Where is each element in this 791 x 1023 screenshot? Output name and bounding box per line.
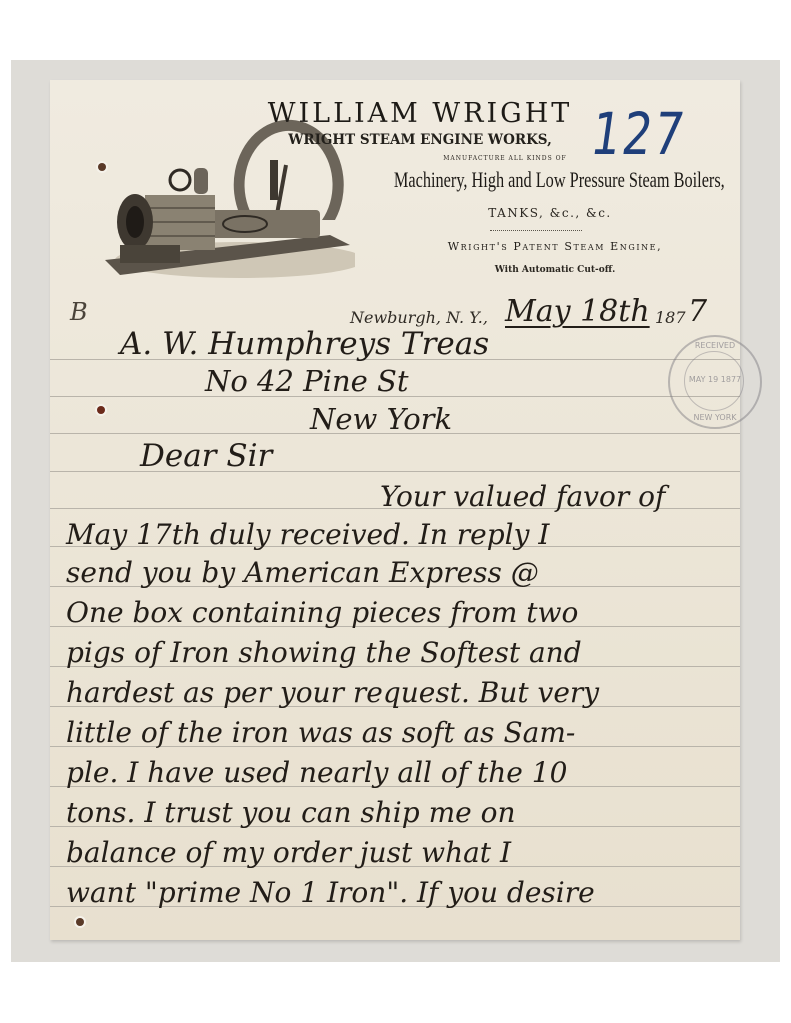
- dateline-year-prefix: 187: [655, 308, 686, 327]
- body-line: ple. I have used nearly all of the 10: [66, 756, 567, 789]
- letterhead-cutoff: With Automatic Cut-off.: [445, 265, 665, 275]
- letterhead-patent: Wright's Patent Steam Engine,: [395, 240, 715, 253]
- stamp-bottom-text: NEW YORK: [670, 413, 760, 422]
- margin-mark: B: [70, 298, 88, 326]
- body-line: Your valued favor of: [380, 480, 665, 513]
- stamp-date: MAY 19 1877: [670, 375, 760, 384]
- addressee-city: New York: [310, 402, 452, 436]
- addressee-name: A. W. Humphreys Treas: [120, 326, 489, 362]
- letterhead-company: WRIGHT STEAM ENGINE WORKS,: [200, 132, 640, 148]
- dateline-year-suffix: 7: [688, 294, 707, 329]
- body-line: May 17th duly received. In reply I: [66, 518, 549, 551]
- salutation: Dear Sir: [140, 438, 272, 474]
- body-line: send you by American Express @: [66, 556, 539, 589]
- letter-page: WILLIAM WRIGHT WRIGHT STEAM ENGINE WORKS…: [50, 80, 740, 940]
- letterhead-manufacture-line: MANUFACTURE ALL KINDS OF: [415, 155, 595, 162]
- received-stamp: RECEIVED MAY 19 1877 NEW YORK: [668, 335, 762, 429]
- dateline-place: Newburgh, N. Y.,: [350, 308, 488, 327]
- body-line: balance of my order just what I: [66, 836, 511, 869]
- dateline-date: May 18th: [505, 294, 650, 329]
- addressee-street: No 42 Pine St: [205, 364, 409, 398]
- punch-hole-bottom: [76, 918, 84, 926]
- letterhead-products: Machinery, High and Low Pressure Steam B…: [354, 167, 765, 193]
- body-line: hardest as per your request. But very: [66, 676, 599, 709]
- body-line: tons. I trust you can ship me on: [66, 796, 515, 829]
- body-line: pigs of Iron showing the Softest and: [66, 636, 582, 669]
- stamp-top-text: RECEIVED: [670, 341, 760, 350]
- letterhead-name: WILLIAM WRIGHT: [200, 98, 640, 129]
- body-line: want "prime No 1 Iron". If you desire: [66, 876, 595, 909]
- folio-number: 127: [587, 100, 690, 168]
- body-line: little of the iron was as soft as Sam-: [66, 716, 575, 749]
- punch-hole-middle: [97, 406, 105, 414]
- letterhead-divider: [490, 230, 582, 231]
- body-line: One box containing pieces from two: [66, 596, 578, 629]
- letterhead-tanks: TANKS, &c., &c.: [470, 206, 630, 220]
